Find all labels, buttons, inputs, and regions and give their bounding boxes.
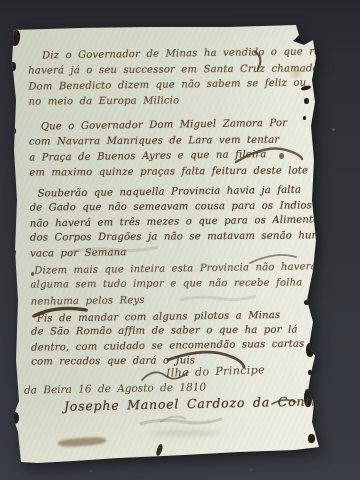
paragraph-5: Fis de mandar com alguns pilotos a Minas… <box>31 309 332 371</box>
paragraph-2: Que o Governador Dom Miguel Zamora Por c… <box>29 116 330 182</box>
bleedthrough-ghost-line <box>140 419 222 424</box>
edge-ink-mark <box>13 250 16 255</box>
edge-ink-mark <box>9 186 15 196</box>
faint-smudge <box>150 430 220 436</box>
ink-smudge <box>58 436 106 447</box>
handwriting-line: no meio da Europa Milicio <box>29 92 329 110</box>
closing-place-line: Ilha do Principe <box>166 363 265 379</box>
handwriting-line: nenhuma pelos Reys <box>31 290 331 310</box>
paragraph-1: Diz o Governador de Minas ha vendido o q… <box>28 45 329 111</box>
bleedthrough-ghost-line <box>160 417 186 422</box>
paragraph-3: Souberão que naquella Provincia havia ja… <box>29 182 330 260</box>
ink-drop <box>155 444 163 457</box>
edge-ink-mark <box>12 128 16 134</box>
signature: Josephe Manoel Cardozo da Contra <box>64 393 326 413</box>
edge-tear-mark <box>10 412 19 424</box>
handwriting-block: Diz o Governador de Minas ha vendido o q… <box>28 45 331 378</box>
closing-date-line: da Beira 16 de Agosto de 1810 <box>24 381 206 396</box>
paragraph-4: Dizem mais que inteira esta Provincia nã… <box>30 259 330 309</box>
edge-ink-mark <box>10 29 21 46</box>
photo-background: Diz o Governador de Minas ha vendido o q… <box>0 0 360 480</box>
edge-ink-mark <box>10 62 16 71</box>
paper-sheet: Diz o Governador de Minas ha vendido o q… <box>0 0 360 480</box>
handwriting-line: em maximo quinze praças falta feitura de… <box>29 163 329 181</box>
edge-ink-mark <box>308 434 315 443</box>
manuscript-paper: Diz o Governador de Minas ha vendido o q… <box>0 0 360 480</box>
